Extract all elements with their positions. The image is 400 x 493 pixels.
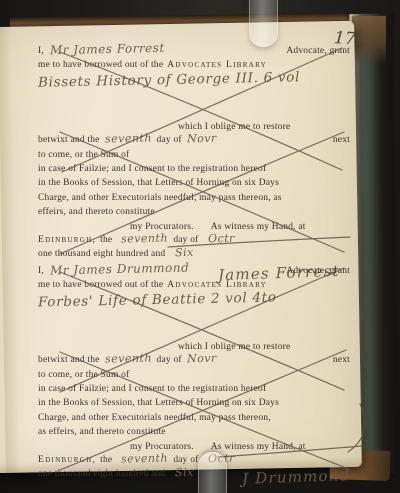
- session-row: in the Books of Session, that Letters of…: [38, 395, 350, 409]
- procurators-label: my Procurators.: [130, 222, 194, 232]
- signed-month: Octr: [207, 233, 234, 245]
- borrower-name: Mr James Drummond: [50, 263, 189, 277]
- return-day: seventh: [104, 133, 151, 145]
- the-label: the: [100, 235, 112, 246]
- day-of-label: day of: [173, 235, 198, 246]
- book-title-row: Bissets History of George III. 6 vol: [38, 74, 350, 93]
- witness-label: As witness my Hand, at: [211, 442, 306, 452]
- charge-row: Charge, and other Executorials needful, …: [38, 190, 350, 204]
- intro-row: I, Mr James Forrest Advocate, grant: [38, 44, 350, 57]
- edinburgh-label: Edinburgh,: [38, 455, 96, 466]
- page-holder-strap-top: [249, 0, 278, 47]
- thousand-line: one thousand eight hundred and: [38, 249, 165, 259]
- session-line: in the Books of Session, that Letters of…: [38, 398, 279, 408]
- book-title: Forbes' Life of Beattie 2 vol 4to: [38, 292, 277, 308]
- betwixt-prefix: betwixt and the: [38, 355, 100, 366]
- the-label: the: [100, 455, 112, 466]
- intro-row: I, Mr James Drummond Advocate, grant: [38, 264, 350, 277]
- session-row: in the Books of Session, that Letters of…: [38, 175, 350, 189]
- witness-label: As witness my Hand, at: [211, 222, 306, 232]
- borrow-entry-forrest: I, Mr James Forrest Advocate, grant me t…: [38, 44, 350, 283]
- page-holder-strap-bottom: [198, 452, 227, 493]
- borrower-signature: J Drummond: [241, 466, 350, 488]
- betwixt-prefix: betwixt and the: [38, 135, 100, 146]
- oblige-line: which I oblige me to restore: [178, 342, 290, 352]
- failzie-line: in case of Failzie; and I consent to the…: [38, 164, 266, 174]
- to-come-row: to come, or the Sum of: [38, 147, 350, 161]
- advocate-grant-label: Advocate, grant: [286, 266, 350, 277]
- intro-group: I, Mr James Forrest: [38, 44, 165, 57]
- to-come-line: to come, or the Sum of: [38, 150, 129, 160]
- borrowed-prefix: me to have borrowed out of the: [38, 280, 163, 290]
- book-title: Bissets History of George III. 6 vol: [38, 72, 300, 89]
- next-label: next: [333, 135, 350, 146]
- borrowed-row: me to have borrowed out of the Advocates…: [38, 277, 350, 291]
- betwixt-row: betwixt and the seventh day of Novr next: [38, 133, 350, 146]
- charge-line: Charge, and other Executorials needful, …: [38, 413, 271, 423]
- folio-number: 17.: [333, 28, 361, 50]
- borrow-entry-drummond: I, Mr James Drummond Advocate, grant me …: [38, 264, 350, 487]
- oblige-line: which I oblige me to restore: [178, 122, 290, 132]
- signed-year: Six: [175, 247, 194, 259]
- borrowed-row: me to have borrowed out of the Advocates…: [38, 57, 350, 71]
- borrowed-prefix: me to have borrowed out of the: [38, 60, 163, 70]
- effeirs-line: effeirs, and thereto constitute: [38, 207, 155, 217]
- library-name: Advocates Library: [167, 60, 267, 70]
- effeirs-line: as effeirs, and thereto constitute: [38, 427, 166, 437]
- next-label: next: [333, 355, 350, 366]
- failzie-row: in case of Failzie; and I consent to the…: [38, 381, 350, 395]
- session-line: in the Books of Session, that Letters of…: [38, 178, 279, 188]
- failzie-line: in case of Failzie; and I consent to the…: [38, 384, 266, 394]
- edinburgh-row: Edinburgh, the seventh day of Octr: [38, 233, 350, 246]
- library-name: Advocates Library: [167, 280, 267, 290]
- return-month: Novr: [187, 133, 217, 145]
- return-month: Novr: [187, 353, 217, 365]
- day-of-label: day of: [157, 135, 182, 146]
- intro-prefix: I,: [38, 266, 44, 277]
- edinburgh-row: Edinburgh, the seventh day of Octr: [38, 453, 350, 466]
- procurators-label: my Procurators.: [130, 442, 194, 452]
- year-row: one thousand eight hundred and Six: [38, 246, 350, 260]
- to-come-row: to come, or the Sum of: [38, 367, 350, 381]
- signed-day: seventh: [121, 453, 168, 465]
- thousand-line: one thousand eight hundred and: [38, 469, 165, 479]
- signed-day: seventh: [121, 233, 168, 245]
- borrower-name: Mr James Forrest: [50, 43, 165, 57]
- book-title-row: Forbes' Life of Beattie 2 vol 4to: [38, 294, 350, 313]
- to-come-line: to come, or the Sum of: [38, 370, 129, 380]
- book-photo-scene: 17. I, Mr James Forrest Advocate, grant …: [0, 0, 400, 493]
- return-day: seventh: [104, 353, 151, 365]
- failzie-row: in case of Failzie; and I consent to the…: [38, 161, 350, 175]
- charge-row: Charge, and other Executorials needful, …: [38, 410, 350, 424]
- edinburgh-label: Edinburgh,: [38, 235, 96, 246]
- signed-year: Six: [175, 467, 194, 479]
- betwixt-row: betwixt and the seventh day of Novr next: [38, 353, 350, 366]
- charge-line: Charge, and other Executorials needful, …: [38, 193, 282, 203]
- intro-prefix: I,: [38, 46, 44, 57]
- day-of-label: day of: [173, 455, 198, 466]
- day-of-label: day of: [157, 355, 182, 366]
